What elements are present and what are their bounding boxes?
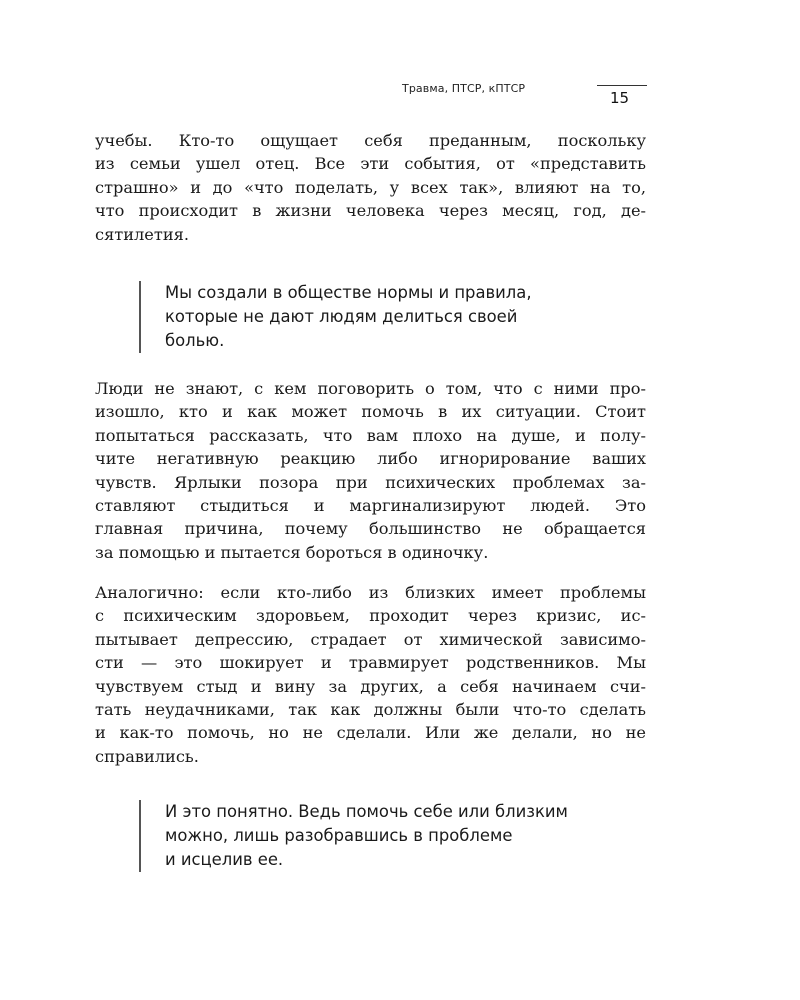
quote-line: И это понятно. Ведь помочь себе или близ… [165,800,685,824]
text-line: из семьи ушел отец. Все эти события, от … [95,152,646,175]
text-line: Аналогично: если кто-либо из близких име… [95,581,646,604]
text-line: чите негативную реакцию либо игнорирован… [95,447,646,470]
quote-line: и исцелив ее. [165,848,685,872]
quote-line: можно, лишь разобравшись в проблеме [165,824,685,848]
text-line: справились. [95,745,646,768]
text-line: главная причина, почему большинство не о… [95,517,646,540]
text-line: чувств. Ярлыки позора при психических пр… [95,471,646,494]
text-line: за помощью и пытается бороться в одиночк… [95,541,646,564]
folio-rule-divider [597,85,647,86]
text-line: ставляют стыдиться и маргинализируют люд… [95,494,646,517]
text-line: что происходит в жизни человека через ме… [95,199,646,222]
book-page: Травма, ПТСР, кПТСР 15 учебы. Кто-то ощу… [0,0,800,1000]
text-line: учебы. Кто-то ощущает себя преданным, по… [95,129,646,152]
text-line: сти — это шокирует и травмирует родствен… [95,651,646,674]
text-line: и как-то помочь, но не сделали. Или же д… [95,721,646,744]
page-number: 15 [610,89,629,107]
text-line: пытывает депрессию, страдает от химическ… [95,628,646,651]
pull-quote-1: Мы создали в обществе нормы и правила, к… [139,281,685,353]
text-line: тать неудачниками, так как должны были ч… [95,698,646,721]
text-line: страшно» и до «что поделать, у всех так»… [95,176,646,199]
text-line: сятилетия. [95,223,646,246]
text-line: Люди не знают, с кем поговорить о том, ч… [95,377,646,400]
paragraph-3: Аналогично: если кто-либо из близких име… [95,581,646,768]
text-line: изошло, кто и как может помочь в их ситу… [95,400,646,423]
quote-line: которые не дают людям делиться своей [165,305,685,329]
paragraph-1: учебы. Кто-то ощущает себя преданным, по… [95,129,646,246]
text-line: чувствуем стыд и вину за других, а себя … [95,675,646,698]
pull-quote-2: И это понятно. Ведь помочь себе или близ… [139,800,685,872]
text-line: с психическим здоровьем, проходит через … [95,604,646,627]
quote-line: болью. [165,329,685,353]
running-head-title: Травма, ПТСР, кПТСР [402,82,525,95]
paragraph-2: Люди не знают, с кем поговорить о том, ч… [95,377,646,564]
text-line: попытаться рассказать, что вам плохо на … [95,424,646,447]
quote-line: Мы создали в обществе нормы и правила, [165,281,685,305]
